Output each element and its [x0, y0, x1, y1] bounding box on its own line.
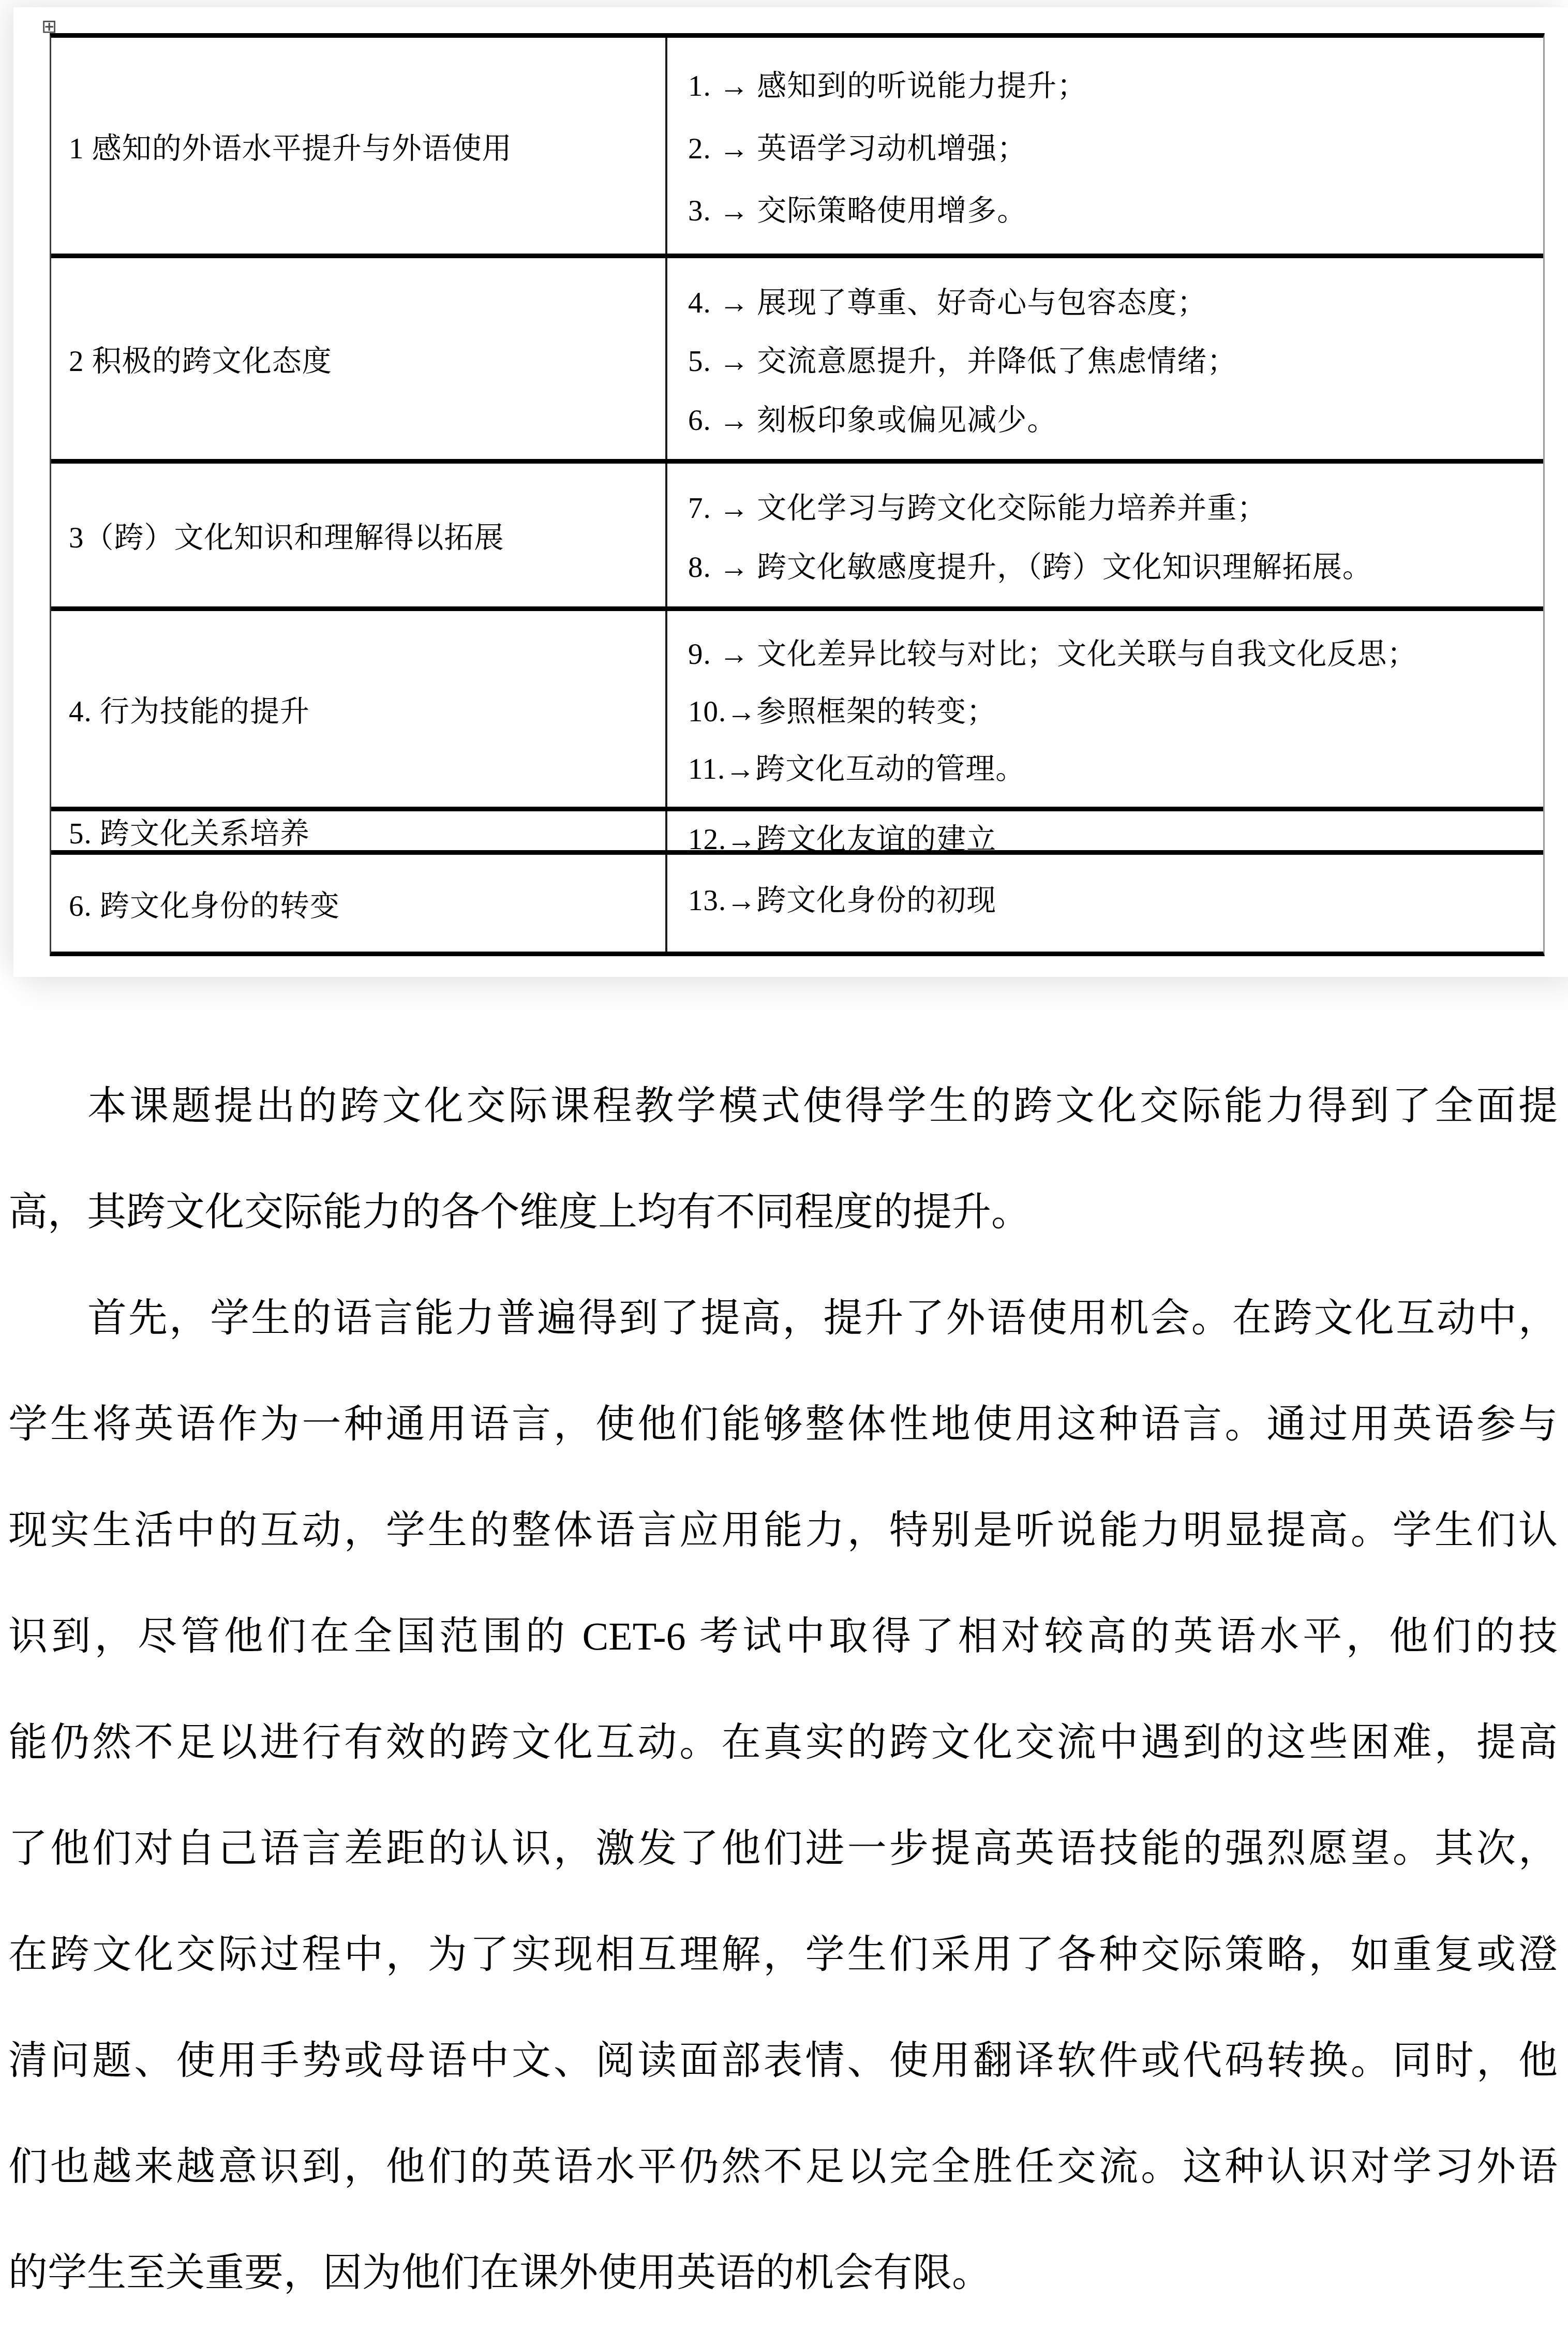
category-cell: 2 积极的跨文化态度 — [51, 258, 667, 459]
document-page: ⊞ 1 感知的外语水平提升与外语使用 1. → 感知到的听说能力提升；2. → … — [0, 7, 1568, 2326]
paragraph-line: 在跨文化交际过程中，为了实现相互理解，学生们采用了各种交际策略，如重复或澄 — [8, 1902, 1558, 2008]
outcomes-cell: 12.→跨文化友谊的建立 — [667, 811, 1543, 850]
paragraph-line: 清问题、使用手势或母语中文、阅读面部表情、使用翻译软件或代码转换。同时，他 — [8, 2008, 1558, 2114]
category-label: 6. 跨文化身份的转变 — [69, 882, 340, 925]
category-cell: 1 感知的外语水平提升与外语使用 — [51, 38, 667, 254]
outcome-item: 11.→跨文化互动的管理。 — [688, 745, 1531, 788]
table-row: 4. 行为技能的提升 9. → 文化差异比较与对比；文化关联与自我文化反思；10… — [51, 611, 1543, 811]
table-row: 2 积极的跨文化态度 4. → 展现了尊重、好奇心与包容态度；5. → 交流意愿… — [51, 258, 1543, 464]
outcomes-cell: 9. → 文化差异比较与对比；文化关联与自我文化反思；10.→参照框架的转变；1… — [667, 611, 1543, 807]
paragraph-line: 能仍然不足以进行有效的跨文化互动。在真实的跨文化交流中遇到的这些困难，提高 — [8, 1690, 1558, 1796]
outcome-item: 2. → 英语学习动机增强； — [688, 125, 1531, 167]
paragraph-line: 学生将英语作为一种通用语言，使他们能够整体性地使用这种语言。通过用英语参与 — [8, 1372, 1558, 1478]
outcome-item: 7. → 文化学习与跨文化交际能力培养并重； — [688, 484, 1531, 527]
outcomes-cell: 13.→跨文化身份的初现 — [667, 855, 1543, 952]
paragraph-line: 了他们对自己语言差距的认识，激发了他们进一步提高英语技能的强烈愿望。其次， — [8, 1796, 1558, 1902]
category-label: 1 感知的外语水平提升与外语使用 — [69, 125, 512, 167]
category-label: 3（跨）文化知识和理解得以拓展 — [69, 514, 504, 556]
outcome-item: 3. → 交际策略使用增多。 — [688, 187, 1531, 229]
outcomes-cell: 7. → 文化学习与跨文化交际能力培养并重；8. → 跨文化敏感度提升，（跨）文… — [667, 464, 1543, 606]
outcome-item: 8. → 跨文化敏感度提升，（跨）文化知识理解拓展。 — [688, 543, 1531, 586]
table-row: 5. 跨文化关系培养 12.→跨文化友谊的建立 — [51, 811, 1543, 855]
outcomes-cell: 4. → 展现了尊重、好奇心与包容态度；5. → 交流意愿提升，并降低了焦虑情绪… — [667, 258, 1543, 459]
body-text: 本课题提出的跨文化交际课程教学模式使得学生的跨文化交际能力得到了全面提高，其跨文… — [8, 1053, 1558, 2326]
table-row: 1 感知的外语水平提升与外语使用 1. → 感知到的听说能力提升；2. → 英语… — [51, 38, 1543, 258]
category-cell: 5. 跨文化关系培养 — [51, 811, 667, 850]
table-figure: ⊞ 1 感知的外语水平提升与外语使用 1. → 感知到的听说能力提升；2. → … — [13, 7, 1568, 977]
outcomes-table: 1 感知的外语水平提升与外语使用 1. → 感知到的听说能力提升；2. → 英语… — [50, 33, 1545, 956]
category-label: 4. 行为技能的提升 — [69, 688, 310, 730]
outcome-item: 13.→跨文化身份的初现 — [688, 877, 1531, 919]
table-move-handle-icon[interactable]: ⊞ — [41, 18, 57, 36]
category-label: 2 积极的跨文化态度 — [69, 337, 332, 380]
paragraph-line: 首先，学生的语言能力普遍得到了提高，提升了外语使用机会。在跨文化互动中， — [8, 1266, 1558, 1372]
table-row: 6. 跨文化身份的转变 13.→跨文化身份的初现 — [51, 855, 1543, 952]
category-label: 5. 跨文化关系培养 — [69, 810, 310, 852]
paragraph-line: 本课题提出的跨文化交际课程教学模式使得学生的跨文化交际能力得到了全面提 — [8, 1053, 1558, 1160]
paragraph-line: 的学生至关重要，因为他们在课外使用英语的机会有限。 — [8, 2220, 1558, 2326]
outcome-item: 10.→参照框架的转变； — [688, 688, 1531, 730]
paragraph-line: 识到，尽管他们在全国范围的 CET-6 考试中取得了相对较高的英语水平，他们的技 — [8, 1584, 1558, 1690]
paragraph-line: 们也越来越意识到，他们的英语水平仍然不足以完全胜任交流。这种认识对学习外语 — [8, 2114, 1558, 2220]
outcome-item: 9. → 文化差异比较与对比；文化关联与自我文化反思； — [688, 630, 1531, 673]
table-row: 3（跨）文化知识和理解得以拓展 7. → 文化学习与跨文化交际能力培养并重；8.… — [51, 464, 1543, 611]
outcome-item: 5. → 交流意愿提升，并降低了焦虑情绪； — [688, 337, 1531, 380]
category-cell: 3（跨）文化知识和理解得以拓展 — [51, 464, 667, 606]
outcome-item: 12.→跨文化友谊的建立 — [688, 815, 1531, 858]
outcome-item: 6. → 刻板印象或偏见减少。 — [688, 396, 1531, 439]
paragraph-line: 现实生活中的互动，学生的整体语言应用能力，特别是听说能力明显提高。学生们认 — [8, 1478, 1558, 1584]
category-cell: 4. 行为技能的提升 — [51, 611, 667, 807]
outcome-item: 4. → 展现了尊重、好奇心与包容态度； — [688, 279, 1531, 321]
category-cell: 6. 跨文化身份的转变 — [51, 855, 667, 952]
paragraph-line: 高，其跨文化交际能力的各个维度上均有不同程度的提升。 — [8, 1160, 1558, 1266]
outcome-item: 1. → 感知到的听说能力提升； — [688, 62, 1531, 105]
outcomes-cell: 1. → 感知到的听说能力提升；2. → 英语学习动机增强；3. → 交际策略使… — [667, 38, 1543, 254]
